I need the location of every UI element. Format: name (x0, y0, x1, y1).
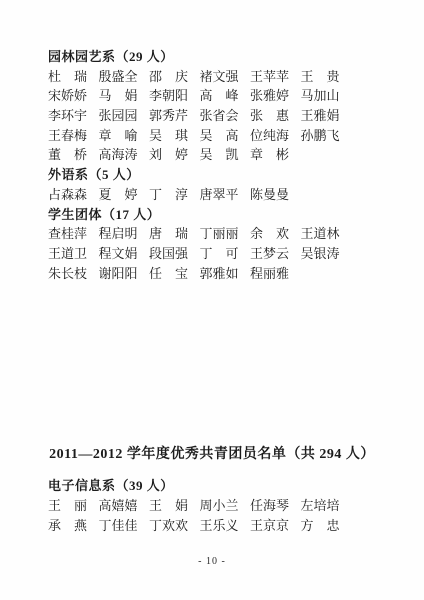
member-name: 张园园 (99, 106, 150, 126)
member-name: 王 丽 (48, 496, 99, 516)
member-name: 程启明 (99, 224, 150, 244)
member-name: 章 喻 (99, 126, 150, 146)
member-name: 任海琴 (250, 496, 301, 516)
member-name: 郭秀芹 (149, 106, 200, 126)
member-name: 程文娟 (99, 244, 150, 264)
member-name: 张 惠 (250, 106, 301, 126)
member-name: 杜 瑞 (48, 67, 99, 87)
member-name: 丁欢欢 (149, 516, 200, 536)
member-name: 邵 庆 (149, 67, 200, 87)
name-row: 李环宇张园园郭秀芹张省会张 惠王雅娟 (48, 106, 376, 126)
document-content: 园林园艺系（29 人）杜 瑞殷盛全邵 庆褚文强王苹苹王 贵宋娇娇马 娟李朝阳高 … (0, 0, 424, 535)
member-name: 高嬉嬉 (99, 496, 150, 516)
member-name: 张省会 (200, 106, 251, 126)
member-name: 吴银涛 (301, 244, 352, 264)
member-name: 王 娟 (149, 496, 200, 516)
member-name: 李朝阳 (149, 86, 200, 106)
roster-sections-top: 园林园艺系（29 人）杜 瑞殷盛全邵 庆褚文强王苹苹王 贵宋娇娇马 娟李朝阳高 … (48, 47, 376, 283)
department-heading: 电子信息系（39 人） (48, 476, 376, 496)
name-row: 查桂萍程启明唐 瑞丁丽丽余 欢王道林 (48, 224, 376, 244)
department-section: 电子信息系（39 人）王 丽高嬉嬉王 娟周小兰任海琴左培培承 燕丁佳佳丁欢欢王乐… (48, 476, 376, 535)
department-section: 学生团体（17 人）查桂萍程启明唐 瑞丁丽丽余 欢王道林王道卫程文娟段国强丁 可… (48, 205, 376, 284)
department-section: 园林园艺系（29 人）杜 瑞殷盛全邵 庆褚文强王苹苹王 贵宋娇娇马 娟李朝阳高 … (48, 47, 376, 165)
member-name: 王道卫 (48, 244, 99, 264)
member-name: 孙鹏飞 (301, 126, 352, 146)
name-row: 杜 瑞殷盛全邵 庆褚文强王苹苹王 贵 (48, 67, 376, 87)
member-name: 殷盛全 (99, 67, 150, 87)
member-name: 刘 婷 (149, 145, 200, 165)
member-name: 董 桥 (48, 145, 99, 165)
department-section: 外语系（5 人）占森森夏 婷丁 淳唐翠平陈曼曼 (48, 165, 376, 204)
member-name: 王乐义 (200, 516, 251, 536)
member-name: 位纯海 (250, 126, 301, 146)
name-row: 宋娇娇马 娟李朝阳高 峰张雅婷马加山 (48, 86, 376, 106)
member-name: 宋娇娇 (48, 86, 99, 106)
member-name: 高 峰 (200, 86, 251, 106)
member-name: 王雅娟 (301, 106, 352, 126)
member-name: 丁佳佳 (99, 516, 150, 536)
member-name: 夏 婷 (99, 185, 150, 205)
member-name: 查桂萍 (48, 224, 99, 244)
member-name: 吴 琪 (149, 126, 200, 146)
member-name: 朱长枝 (48, 264, 99, 284)
member-name: 高海涛 (99, 145, 150, 165)
department-heading: 外语系（5 人） (48, 165, 376, 185)
member-name: 褚文强 (200, 67, 251, 87)
member-name: 唐 瑞 (149, 224, 200, 244)
member-name: 章 彬 (250, 145, 301, 165)
name-row: 占森森夏 婷丁 淳唐翠平陈曼曼 (48, 185, 376, 205)
member-name: 吴 凯 (200, 145, 251, 165)
member-name: 王道林 (301, 224, 352, 244)
member-name: 承 燕 (48, 516, 99, 536)
member-name: 段国强 (149, 244, 200, 264)
page-number: - 10 - (0, 556, 424, 567)
member-name: 马 娟 (99, 86, 150, 106)
name-row: 承 燕丁佳佳丁欢欢王乐义王京京方 忠 (48, 516, 376, 536)
name-row: 朱长枝谢阳阳任 宝郭雅如程丽雅 (48, 264, 376, 284)
member-name: 王春梅 (48, 126, 99, 146)
member-name: 王梦云 (250, 244, 301, 264)
name-row: 董 桥高海涛刘 婷吴 凯章 彬 (48, 145, 376, 165)
member-name: 马加山 (301, 86, 352, 106)
name-row: 王春梅章 喻吴 琪吴 高位纯海孙鹏飞 (48, 126, 376, 146)
member-name: 吴 高 (200, 126, 251, 146)
document-title: 2011—2012 学年度优秀共青团员名单（共 294 人） (48, 444, 376, 465)
member-name: 王苹苹 (250, 67, 301, 87)
member-name: 程丽雅 (250, 264, 301, 284)
member-name: 左培培 (301, 496, 352, 516)
member-name: 谢阳阳 (99, 264, 150, 284)
member-name: 丁丽丽 (200, 224, 251, 244)
name-row: 王 丽高嬉嬉王 娟周小兰任海琴左培培 (48, 496, 376, 516)
document-page: 园林园艺系（29 人）杜 瑞殷盛全邵 庆褚文强王苹苹王 贵宋娇娇马 娟李朝阳高 … (0, 0, 424, 600)
name-row: 王道卫程文娟段国强丁 可王梦云吴银涛 (48, 244, 376, 264)
department-heading: 学生团体（17 人） (48, 205, 376, 225)
member-name: 占森森 (48, 185, 99, 205)
department-heading: 园林园艺系（29 人） (48, 47, 376, 67)
roster-sections-bottom: 电子信息系（39 人）王 丽高嬉嬉王 娟周小兰任海琴左培培承 燕丁佳佳丁欢欢王乐… (48, 476, 376, 535)
member-name: 陈曼曼 (250, 185, 301, 205)
member-name: 丁 可 (200, 244, 251, 264)
member-name: 方 忠 (301, 516, 352, 536)
member-name: 丁 淳 (149, 185, 200, 205)
member-name: 王京京 (250, 516, 301, 536)
member-name: 余 欢 (250, 224, 301, 244)
member-name: 王 贵 (301, 67, 352, 87)
member-name: 郭雅如 (200, 264, 251, 284)
member-name: 周小兰 (200, 496, 251, 516)
member-name: 唐翠平 (200, 185, 251, 205)
member-name: 任 宝 (149, 264, 200, 284)
member-name: 张雅婷 (250, 86, 301, 106)
member-name: 李环宇 (48, 106, 99, 126)
